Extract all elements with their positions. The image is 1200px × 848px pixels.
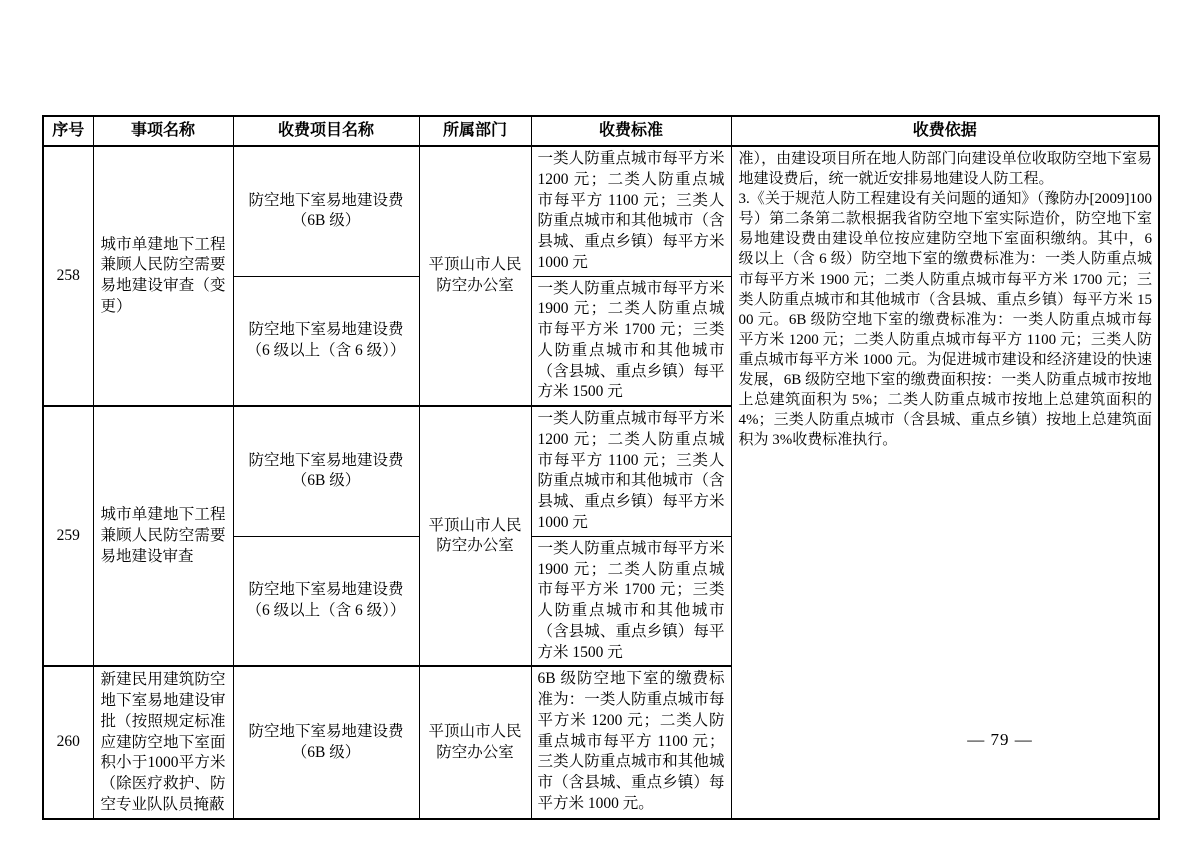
department-cell: 平顶山市人民防空办公室	[419, 406, 531, 666]
fee-item-name-cell: 防空地下室易地建设费（6B 级）	[233, 146, 419, 276]
fee-item-name-cell: 防空地下室易地建设费（6B 级）	[233, 666, 419, 818]
fee-standard-cell: 6B 级防空地下室的缴费标准为：一类人防重点城市每平方米 1200 元；二类人防…	[531, 666, 731, 818]
seq-cell: 259	[43, 406, 93, 666]
table-row: 258 城市单建地下工程兼顾人民防空需要易地建设审查（变更） 防空地下室易地建设…	[43, 146, 1159, 276]
col-header-fee-standard: 收费标准	[531, 116, 731, 146]
col-header-department: 所属部门	[419, 116, 531, 146]
col-header-seq: 序号	[43, 116, 93, 146]
fee-item-name-cell: 防空地下室易地建设费（6B 级）	[233, 406, 419, 536]
fee-item-name-cell: 防空地下室易地建设费（6 级以上（含 6 级））	[233, 536, 419, 666]
document-page: 序号 事项名称 收费项目名称 所属部门 收费标准 收费依据 258 城市单建地下…	[0, 0, 1200, 848]
page-number: — 79 —	[930, 730, 1070, 750]
item-name-cell: 城市单建地下工程兼顾人民防空需要易地建设审查（变更）	[93, 146, 233, 406]
fee-standard-cell: 一类人防重点城市每平方米 1200 元；二类人防重点城市每平方 1100 元；三…	[531, 406, 731, 536]
item-name-cell: 城市单建地下工程兼顾人民防空需要易地建设审查	[93, 406, 233, 666]
fee-standard-cell: 一类人防重点城市每平方米 1200 元；二类人防重点城市每平方 1100 元；三…	[531, 146, 731, 276]
department-cell: 平顶山市人民防空办公室	[419, 146, 531, 406]
table-header-row: 序号 事项名称 收费项目名称 所属部门 收费标准 收费依据	[43, 116, 1159, 146]
department-cell: 平顶山市人民防空办公室	[419, 666, 531, 818]
seq-cell: 260	[43, 666, 93, 818]
col-header-fee-item-name: 收费项目名称	[233, 116, 419, 146]
fee-item-name-cell: 防空地下室易地建设费（6 级以上（含 6 级））	[233, 276, 419, 406]
seq-cell: 258	[43, 146, 93, 406]
fee-schedule-table: 序号 事项名称 收费项目名称 所属部门 收费标准 收费依据 258 城市单建地下…	[42, 115, 1160, 820]
col-header-item-name: 事项名称	[93, 116, 233, 146]
col-header-fee-basis: 收费依据	[731, 116, 1159, 146]
fee-standard-cell: 一类人防重点城市每平方米 1900 元；二类人防重点城市每平方米 1700 元；…	[531, 276, 731, 406]
item-name-cell: 新建民用建筑防空地下室易地建设审批（按照规定标准应建防空地下室面积小于1000平…	[93, 666, 233, 818]
fee-standard-cell: 一类人防重点城市每平方米 1900 元；二类人防重点城市每平方米 1700 元；…	[531, 536, 731, 666]
fee-basis-cell: 准），由建设项目所在地人防部门向建设单位收取防空地下室易地建设费后，统一就近安排…	[731, 146, 1159, 819]
